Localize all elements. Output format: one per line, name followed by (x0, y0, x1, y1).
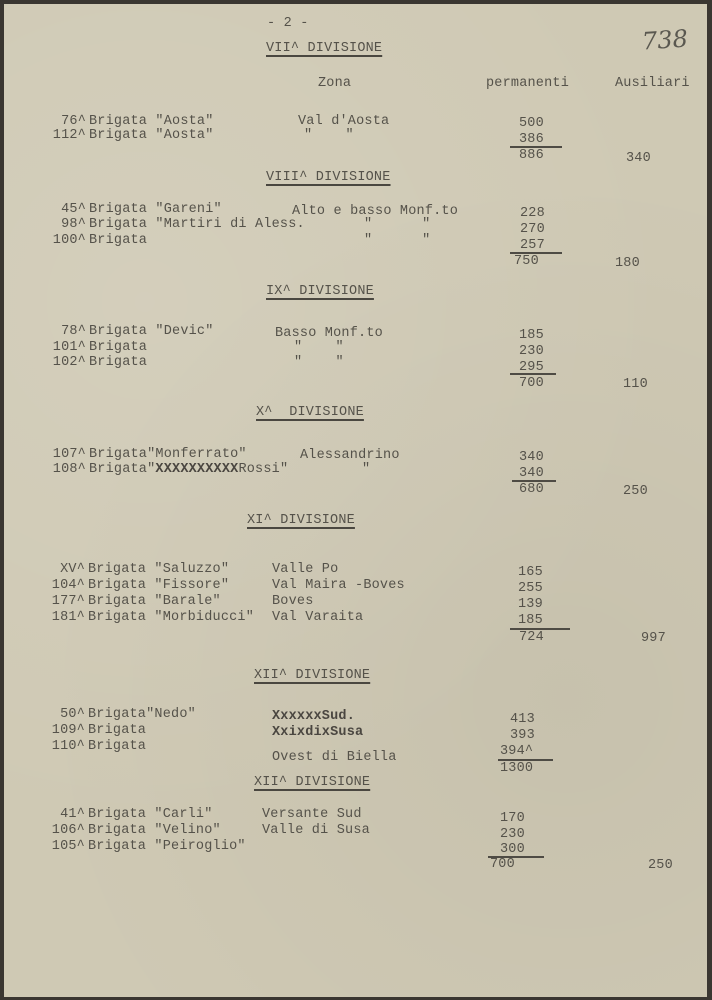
ausiliari-value: 110 (623, 377, 648, 393)
brigade-name: Brigata "Peiroglio" (88, 839, 246, 855)
zona: " " (304, 128, 354, 144)
brigade-name: Brigata "Barale" (88, 594, 221, 610)
division-title: VII^ DIVISIONE (266, 41, 382, 57)
total-permanenti: 750 (514, 254, 539, 270)
permanenti-value: 170 (500, 811, 525, 827)
division-title: X^ DIVISIONE (256, 405, 364, 421)
permanenti-value: 255 (518, 581, 543, 597)
permanenti-value: 230 (500, 827, 525, 843)
brigade-name: Brigata "Carli" (88, 807, 213, 823)
brigade-number: 112^ (46, 128, 86, 144)
division-title: IX^ DIVISIONE (266, 284, 374, 300)
brigade-number: 78^ (46, 324, 86, 340)
zona: " " (364, 217, 430, 233)
total-permanenti: 724 (519, 630, 544, 646)
brigade-name-prefix: Brigata" (89, 462, 155, 477)
brigade-number: 45^ (46, 202, 86, 218)
brigade-number: 41^ (45, 807, 85, 823)
column-header-ausiliari: Ausiliari (615, 76, 690, 92)
permanenti-value: 185 (518, 613, 543, 629)
handwritten-folio-number: 738 (641, 24, 689, 55)
zona: " " (364, 233, 430, 249)
permanenti-value: 228 (520, 206, 545, 222)
brigade-name: Brigata"Nedo" (88, 707, 196, 723)
brigade-name-suffix: Rossi" (238, 462, 288, 477)
permanenti-value: 394^ (500, 744, 533, 760)
page-number: - 2 - (267, 16, 309, 32)
brigade-number: 50^ (45, 707, 85, 723)
struck-out-zona: XxxxxxSud. (272, 709, 355, 725)
brigade-name: Brigata "Saluzzo" (88, 562, 229, 578)
brigade-number: 177^ (45, 594, 85, 610)
permanenti-value: 230 (519, 344, 544, 360)
permanenti-value: 393 (510, 728, 535, 744)
document-page: - 2 - 738 VII^ DIVISIONE Zona permanenti… (4, 4, 707, 997)
brigade-name: Brigata (88, 723, 146, 739)
brigade-number: 106^ (45, 823, 85, 839)
total-permanenti: 1300 (500, 761, 533, 777)
brigade-number: XV^ (45, 562, 85, 578)
brigade-name: Brigata "Velino" (88, 823, 221, 839)
permanenti-value: 139 (518, 597, 543, 613)
struck-out-zona: XxixdixSusa (272, 725, 363, 741)
zona: Ovest di Biella (272, 750, 397, 766)
brigade-name: Brigata "Morbiducci" (88, 610, 254, 626)
zona: Alessandrino (300, 448, 400, 464)
zona: Boves (272, 594, 314, 610)
ausiliari-value: 180 (615, 256, 640, 272)
permanenti-value: 270 (520, 222, 545, 238)
zona: " " (294, 355, 344, 371)
brigade-name: Brigata "Gareni" (89, 202, 222, 218)
brigade-name: Brigata "Aosta" (89, 128, 214, 144)
brigade-number: 98^ (46, 217, 86, 233)
ausiliari-value: 250 (623, 484, 648, 500)
ausiliari-value: 340 (626, 151, 651, 167)
zona: Valle di Susa (262, 823, 370, 839)
permanenti-value: 500 (519, 116, 544, 132)
brigade-number: 110^ (45, 739, 85, 755)
zona: " " (294, 340, 344, 356)
brigade-number: 107^ (46, 447, 86, 463)
brigade-number: 102^ (46, 355, 86, 371)
brigade-number: 108^ (46, 462, 86, 478)
zona: Val Maira -Boves (272, 578, 405, 594)
division-title: XII^ DIVISIONE (254, 668, 370, 684)
total-permanenti: 886 (519, 148, 544, 164)
total-permanenti: 700 (490, 857, 515, 873)
brigade-number: 104^ (45, 578, 85, 594)
brigade-name: Brigata "Fissore" (88, 578, 229, 594)
total-permanenti: 700 (519, 376, 544, 392)
brigade-number: 101^ (46, 340, 86, 356)
permanenti-value: 185 (519, 328, 544, 344)
brigade-name: Brigata (89, 340, 147, 356)
total-permanenti: 680 (519, 482, 544, 498)
column-header-zona: Zona (318, 76, 351, 92)
division-title: XI^ DIVISIONE (247, 513, 355, 529)
brigade-name: Brigata (88, 739, 146, 755)
zona: Versante Sud (262, 807, 362, 823)
brigade-name: Brigata"XXXXXXXXXXRossi" (89, 462, 288, 478)
division-title: VIII^ DIVISIONE (266, 170, 391, 186)
permanenti-value: 165 (518, 565, 543, 581)
permanenti-value: 413 (510, 712, 535, 728)
zona: " (362, 462, 370, 478)
brigade-name: Brigata "Devic" (89, 324, 214, 340)
permanenti-value: 340 (519, 450, 544, 466)
ausiliari-value: 250 (648, 858, 673, 874)
brigade-name: Brigata (89, 355, 147, 371)
brigade-name: Brigata (89, 233, 147, 249)
sum-rule (510, 373, 556, 375)
division-title: XII^ DIVISIONE (254, 775, 370, 791)
ausiliari-value: 997 (641, 631, 666, 647)
brigade-name: Brigata"Monferrato" (89, 447, 247, 463)
brigade-number: 109^ (45, 723, 85, 739)
column-header-permanenti: permanenti (486, 76, 569, 92)
zona: Val Varaita (272, 610, 363, 626)
brigade-number: 100^ (46, 233, 86, 249)
brigade-name: Brigata "Martiri di Aless. (89, 217, 305, 233)
brigade-number: 105^ (45, 839, 85, 855)
brigade-number: 181^ (45, 610, 85, 626)
zona: Valle Po (272, 562, 338, 578)
struck-out-text: XXXXXXXXXX (155, 462, 238, 477)
